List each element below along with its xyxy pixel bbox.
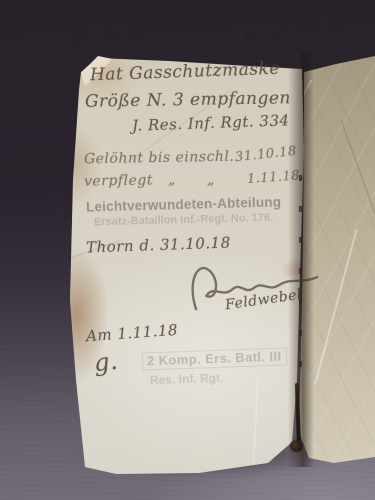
page-number: 9	[92, 52, 97, 61]
handwriting-initial: g.	[93, 347, 120, 377]
company-stamp-line2: Res. Inf. Rgt.	[150, 371, 224, 388]
binding-thread-knot	[290, 440, 303, 452]
handwriting-paid-label: Gelöhnt bis einschl.	[84, 149, 235, 168]
ditto-mark: „	[207, 172, 215, 188]
photo-of-document: 9 Hat Gasschutzmaske Größe N. 3 empfange…	[0, 0, 375, 500]
handwriting-size-line: Größe N. 3 empfangen	[85, 88, 291, 112]
handwriting-fed-label: verpflegt	[84, 172, 153, 189]
page-crease	[252, 378, 260, 473]
binding-stitches	[299, 175, 302, 390]
ditto-mark: „	[168, 172, 176, 188]
